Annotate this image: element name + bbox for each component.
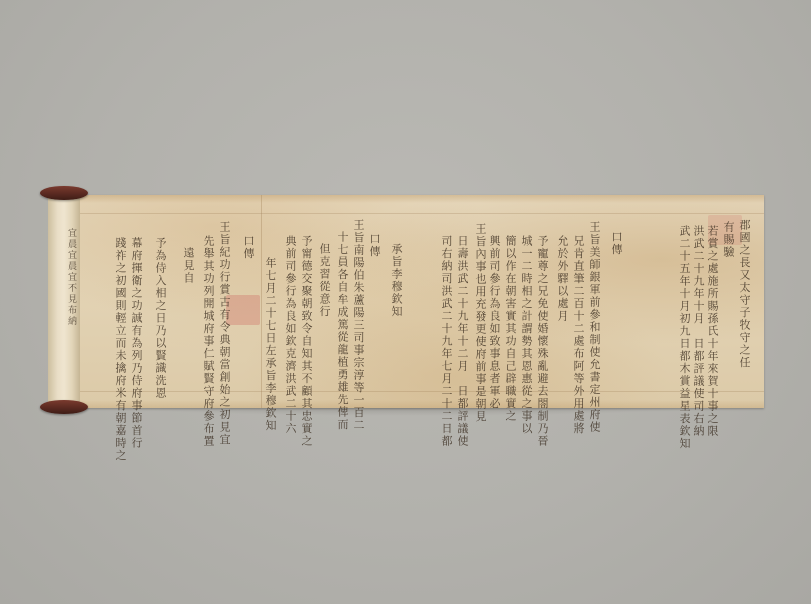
scroll-paper: 郡國之長又太守子牧守之任 有賜驗 若賞之處施所賜孫氏十年來賀十事之限 洪武二十九…: [78, 195, 764, 408]
ruled-line-bottom: [78, 391, 764, 392]
text-column: 簡以作在朝害實其功自己辟職實之: [504, 235, 516, 423]
text-column: 遠見自: [182, 247, 194, 285]
text-column: 城一二時相之計謂勢其恩惠從之事以: [520, 235, 532, 435]
text-column: 予為侍入相之日乃以賢識洗恩: [154, 237, 166, 400]
scroll-roller[interactable]: 宜晨宜晨宜不見布納: [44, 186, 84, 414]
text-column: 口傳: [242, 235, 254, 260]
text-column: 若賞之處施所賜孫氏十年來賀十事之限: [706, 225, 718, 438]
text-column: 口傳: [610, 231, 622, 256]
roller-knob-bottom: [40, 400, 88, 414]
paper-top-stain: [78, 195, 764, 203]
rolled-paper-cylinder: 宜晨宜晨宜不見布納: [48, 194, 80, 406]
text-column: 洪武二十九年十月 日都評議使司右納: [692, 225, 704, 438]
text-column: 武二十五年十月初九日都木賞益星表欽知: [678, 225, 690, 450]
text-column: 王旨美師銀軍前參和制使允書定州府使: [588, 221, 600, 434]
ruled-line-top: [78, 213, 764, 214]
text-column: 予甯德交聚朝致令自知其不顧其忠實之: [300, 235, 312, 448]
text-column: 予寵尊之兄免使婚懷殊亂避去閤制乃晉: [536, 235, 548, 448]
text-column: 允於外驛以處月: [556, 235, 568, 323]
text-column: 承旨李穆欽知: [390, 243, 402, 318]
text-column: 興前司參行為良如致事息者軍必: [488, 235, 500, 410]
text-column: 日壽洪武二十九年十二月 日都評議使: [456, 235, 468, 448]
text-column: 年七月二十七日左承旨李穆欽知: [264, 257, 276, 432]
text-column: 口傳: [368, 233, 380, 258]
roller-text: 宜晨宜晨宜不見布納: [65, 228, 77, 327]
text-column: 典前司參行為良如欽克濟洪武二十六: [284, 235, 296, 435]
text-column: 兄肯直筆二百十二處布阿等外用處將: [572, 235, 584, 435]
text-column: 先舉其功列開城府事仁賦賢守府參布置: [202, 235, 214, 448]
text-column: 王旨紀功行賞古有令典朝當創始之初見宜: [218, 221, 230, 446]
text-column: 踐祚之初國則輕立而未擒府米有朝嘉時之: [114, 237, 126, 462]
text-column: 幕府揮衛之功誠有為列乃侍府事節首行: [130, 237, 142, 450]
red-seal-stamp: [226, 295, 260, 325]
text-column: 有賜驗: [722, 221, 734, 259]
text-column: 王旨南陽伯朱蘆陽三司事宗淳等一百二: [352, 219, 364, 432]
text-column: 司右納司洪武二十九年七月二十二日都: [440, 235, 452, 448]
paper-bottom-stain: [78, 400, 764, 408]
paper-seam: [261, 195, 262, 408]
text-column: 王旨內事也用充發更使府前事是朝見: [474, 223, 486, 423]
text-column: 郡國之長又太守子牧守之任: [738, 219, 750, 369]
text-column: 但克習從意行: [318, 243, 330, 318]
text-column: 十七員各自牟成篤從龍植勇雄先俾而: [336, 231, 348, 431]
roller-knob-top: [40, 186, 88, 200]
